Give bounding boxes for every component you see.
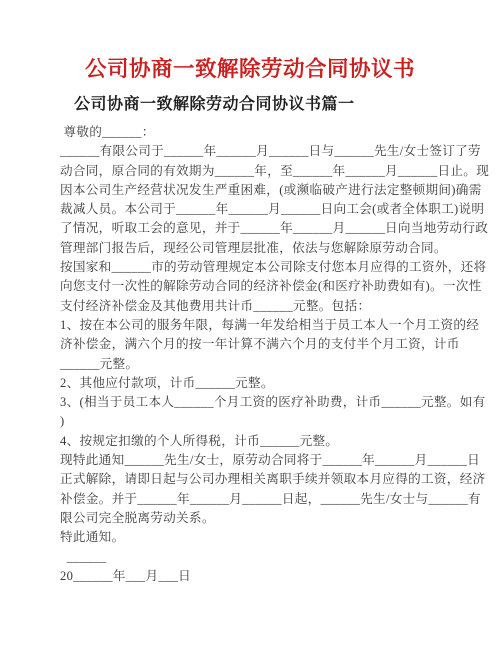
document-subtitle: 公司协商一致解除劳动合同协议书篇一 xyxy=(74,94,355,116)
body-line: 补偿金。并于______年______月______日起，______先生/女士… xyxy=(60,490,476,509)
body-line: 管理部门报告后，现经公司管理层批准，依法与您解除原劳动合同。 xyxy=(60,239,476,258)
list-item-3: 3、(相当于员工本人______个月工资的医疗补助费，计币______元整。如有 xyxy=(60,393,476,412)
body-line: 向您支付一次性的解除劳动合同的经济补偿金(和医疗补助费如有)。一次性 xyxy=(60,277,476,296)
body-line: 因本公司生产经营状况发生严重困难，(或濒临破产进行法定整顿期间)确需 xyxy=(60,181,476,200)
body-line: 了情况，听取工会的意见，并于______年______月______日向当地劳动… xyxy=(60,219,476,238)
list-item-2: 2、其他应付款项，计币______元整。 xyxy=(60,374,476,393)
body-line: 动合同，原合同的有效期为______年，至______年______月_____… xyxy=(60,162,476,181)
document-title: 公司协商一致解除劳动合同协议书 xyxy=(0,54,500,84)
body-line: 支付经济补偿金及其他费用共计币______元整。包括： xyxy=(60,297,476,316)
body-line: 正式解除，请即日起与公司办理相关离职手续并领取本月应得的工资，经济 xyxy=(60,470,476,489)
body-line: 限公司完全脱离劳动关系。 xyxy=(60,509,476,528)
body-line: ______有限公司于______年______月______日与______先… xyxy=(60,142,476,161)
signature-block: ______ 20______年___月___日 xyxy=(60,548,476,587)
body-line: 现特此通知______先生/女士，原劳动合同将于______年______月__… xyxy=(60,451,476,470)
list-item-1: 1、按在本公司的服务年限，每满一年发给相当于员工本人一个月工资的经 xyxy=(60,316,476,335)
list-item-1-cont: ______元整。 xyxy=(60,355,476,374)
signature-date-line: 20______年___月___日 xyxy=(60,567,476,586)
list-item-3-cont: ) xyxy=(60,412,476,431)
closing-line: 特此通知。 xyxy=(60,528,476,547)
document-page: 公司协商一致解除劳动合同协议书 公司协商一致解除劳动合同协议书篇一 尊敬的___… xyxy=(0,0,500,647)
signature-name-line: ______ xyxy=(60,548,476,567)
salutation-line: 尊敬的______： xyxy=(60,123,476,142)
list-item-4: 4、按规定扣缴的个人所得税，计币______元整。 xyxy=(60,432,476,451)
body-line: 裁减人员。本公司于______年______月______日向工会(或者全体职工… xyxy=(60,200,476,219)
document-body: 尊敬的______： ______有限公司于______年______月____… xyxy=(60,123,476,586)
list-item-1-cont: 济补偿金，满六个月的按一年计算不满六个月的支付半个月工资，计币 xyxy=(60,335,476,354)
body-line: 按国家和______市的劳动管理规定本公司除支付您本月应得的工资外，还将 xyxy=(60,258,476,277)
